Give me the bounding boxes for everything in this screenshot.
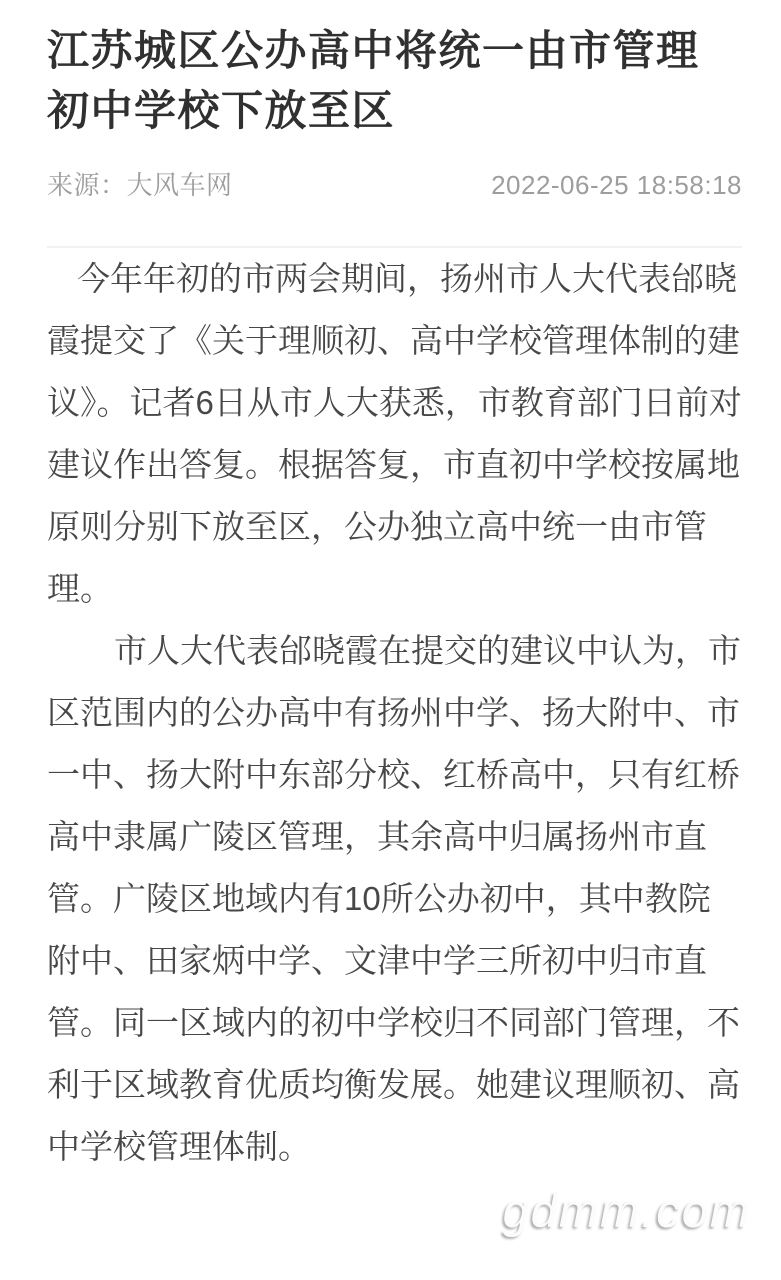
article-page: 江苏城区公办高中将统一由市管理 初中学校下放至区 来源：大风车网 2022-06… — [0, 0, 781, 1178]
article-body: 今年年初的市两会期间，扬州市人大代表邰晓霞提交了《关于理顺初、高中学校管理体制的… — [47, 248, 742, 1178]
article-paragraph-2: 市人大代表邰晓霞在提交的建议中认为，市区范围内的公办高中有扬州中学、扬大附中、市… — [47, 620, 742, 1178]
article-datetime: 2022-06-25 18:58:18 — [491, 168, 742, 202]
article-paragraph-1: 今年年初的市两会期间，扬州市人大代表邰晓霞提交了《关于理顺初、高中学校管理体制的… — [47, 248, 742, 620]
article-meta: 来源：大风车网 2022-06-25 18:58:18 — [47, 168, 742, 202]
site-watermark: gdmm.com — [503, 1183, 751, 1238]
article-source: 来源：大风车网 — [47, 168, 233, 202]
article-title-line-2: 初中学校下放至区 — [47, 81, 742, 141]
article-title-line-1: 江苏城区公办高中将统一由市管理 — [47, 21, 742, 81]
article-title: 江苏城区公办高中将统一由市管理 初中学校下放至区 — [47, 0, 742, 141]
